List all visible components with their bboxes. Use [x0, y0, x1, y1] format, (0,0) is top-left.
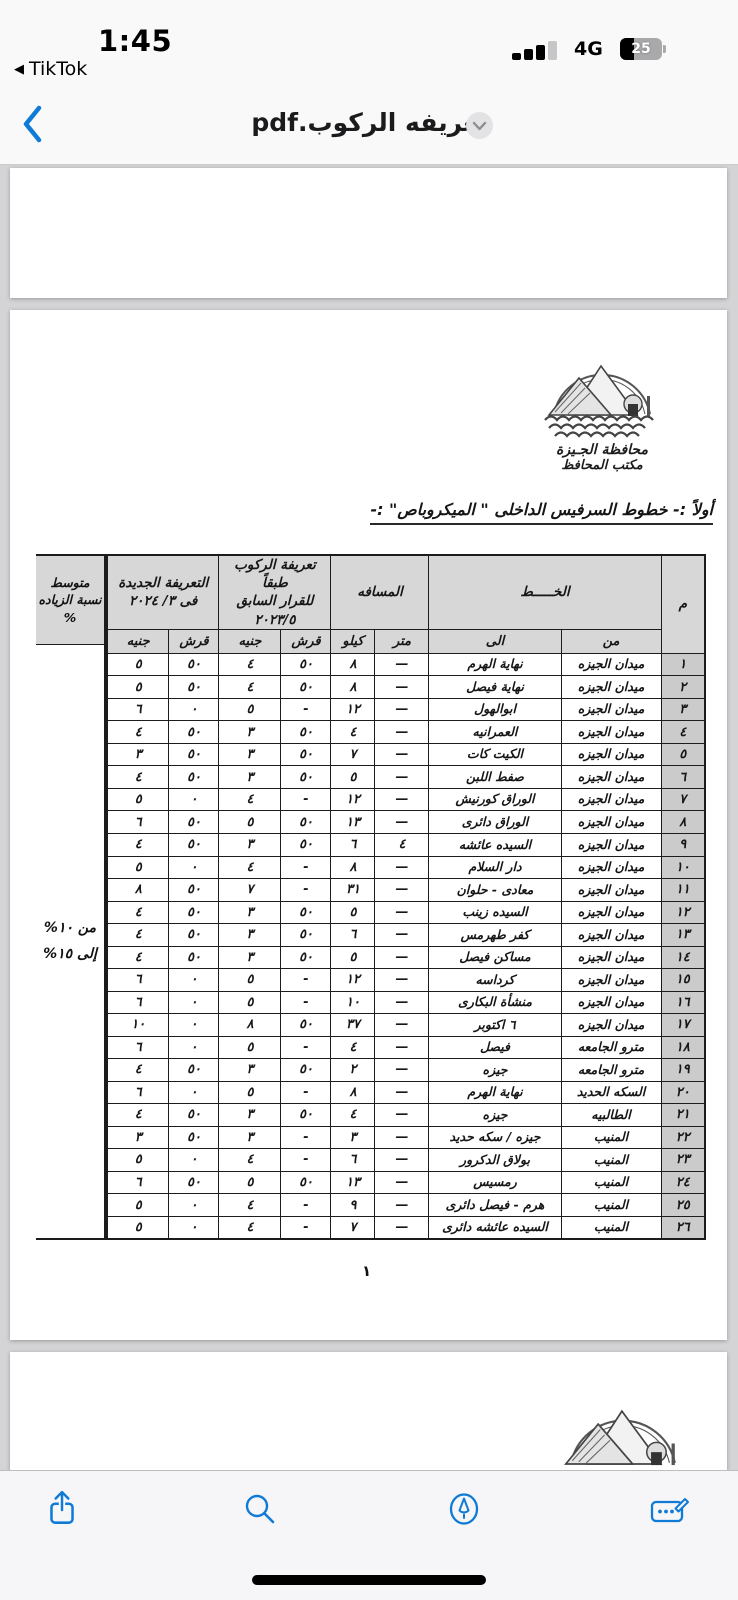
fare-table-row: ٤ ميدان الجيزه العمرانيه — ٤ ٥٠ ٣ ٥٠ ٤: [107, 721, 705, 744]
cell-to: نهاية الهرم: [429, 1081, 561, 1104]
header-num: م: [661, 555, 705, 653]
cell-new-geneh: ١٠: [107, 1014, 169, 1037]
cell-from: ميدان الجيزه: [561, 924, 661, 947]
cell-new-geneh: ٤: [107, 766, 169, 789]
cell-new-geneh: ٣: [107, 743, 169, 766]
cell-to: الكيت كات: [429, 743, 561, 766]
cell-kilo: ٣: [331, 1126, 375, 1149]
cell-meter: —: [375, 1059, 429, 1082]
cell-prev-qirsh: -: [281, 1126, 331, 1149]
cell-new-qirsh: ٠: [169, 1081, 219, 1104]
cell-prev-qirsh: -: [281, 1194, 331, 1217]
cell-row-number: ٢٢: [661, 1126, 705, 1149]
fare-table-row: ٨ ميدان الجيزه الوراق دائرى — ١٣ ٥٠ ٥ ٥٠…: [107, 811, 705, 834]
cell-to: صفط اللبن: [429, 766, 561, 789]
cell-prev-geneh: ٣: [219, 766, 281, 789]
cell-prev-qirsh: ٥٠: [281, 901, 331, 924]
screenshot-root: { "status_bar": { "time": "1:45", "back_…: [0, 0, 738, 1600]
fare-table: م الخـــــط المسافه تعريفة الركوب طبقاً …: [36, 554, 706, 1240]
fare-table-row: ١ ميدان الجيزه نهاية الهرم — ٨ ٥٠ ٤ ٥٠ ٥: [107, 653, 705, 676]
header-prev-geneh: جنيه: [219, 629, 281, 653]
cell-prev-geneh: ٣: [219, 901, 281, 924]
cell-prev-geneh: ٣: [219, 1059, 281, 1082]
cell-new-geneh: ٦: [107, 1036, 169, 1059]
cell-prev-geneh: ٣: [219, 1104, 281, 1127]
cell-from: ميدان الجيزه: [561, 698, 661, 721]
battery-nub: [663, 45, 666, 53]
logo-office-name: مكتب المحافظ: [561, 458, 642, 473]
cell-from: ميدان الجيزه: [561, 676, 661, 699]
battery-percent-label: 25: [620, 38, 662, 60]
page-number: ١: [362, 1262, 371, 1280]
cell-prev-qirsh: ٥٠: [281, 924, 331, 947]
fare-table-row: ١٢ ميدان الجيزه السيده زينب — ٥ ٥٠ ٣ ٥٠ …: [107, 901, 705, 924]
cell-from: ميدان الجيزه: [561, 1014, 661, 1037]
cell-prev-geneh: ٥: [219, 1081, 281, 1104]
cell-kilo: ٢: [331, 1059, 375, 1082]
cell-from: ميدان الجيزه: [561, 946, 661, 969]
cell-row-number: ١١: [661, 879, 705, 902]
cell-from: السكه الحديد: [561, 1081, 661, 1104]
search-icon: [241, 1490, 279, 1528]
cell-from: ميدان الجيزه: [561, 811, 661, 834]
cell-from: ميدان الجيزه: [561, 788, 661, 811]
cell-new-geneh: ٤: [107, 901, 169, 924]
cell-kilo: ٤: [331, 721, 375, 744]
cell-row-number: ١٣: [661, 924, 705, 947]
header-line: الخـــــط: [429, 555, 661, 629]
cell-new-geneh: ٦: [107, 698, 169, 721]
cell-from: ميدان الجيزه: [561, 834, 661, 857]
header-distance: المسافه: [331, 555, 429, 629]
cell-kilo: ٥: [331, 901, 375, 924]
cell-new-geneh: ٤: [107, 721, 169, 744]
cell-new-qirsh: ٥٠: [169, 834, 219, 857]
cell-row-number: ١٤: [661, 946, 705, 969]
fare-table-row: ٧ ميدان الجيزه الوراق كورنيش — ١٢ - ٤ ٠ …: [107, 788, 705, 811]
cell-new-qirsh: ٠: [169, 856, 219, 879]
cell-meter: —: [375, 924, 429, 947]
cell-prev-qirsh: -: [281, 991, 331, 1014]
increase-note: من ١٠% إلى ١٥%: [36, 645, 104, 1238]
cell-to: منشأة البكارى: [429, 991, 561, 1014]
logo-org-name: محافظة الجـيزة: [556, 442, 648, 458]
cell-prev-qirsh: -: [281, 1216, 331, 1239]
cell-new-geneh: ٥: [107, 676, 169, 699]
cell-kilo: ١٣: [331, 811, 375, 834]
back-to-app-icon: ◀: [14, 62, 24, 77]
cell-from: ميدان الجيزه: [561, 991, 661, 1014]
cell-meter: —: [375, 1216, 429, 1239]
cell-from: ميدان الجيزه: [561, 653, 661, 676]
cell-new-geneh: ٦: [107, 1171, 169, 1194]
cell-new-qirsh: ٥٠: [169, 676, 219, 699]
cell-prev-geneh: ٣: [219, 924, 281, 947]
cell-prev-geneh: ٥: [219, 698, 281, 721]
cell-new-geneh: ٦: [107, 811, 169, 834]
cell-new-geneh: ٥: [107, 1149, 169, 1172]
top-chrome: 1:45 ◀ TikTok 4G 25 تعريفه الركوب.pdf: [0, 0, 738, 165]
cell-prev-qirsh: -: [281, 1081, 331, 1104]
giza-governorate-logo: محافظة الجـيزة مكتب المحافظ: [539, 352, 665, 473]
fare-table-row: ١٩ مترو الجامعه جيزه — ٢ ٥٠ ٣ ٥٠ ٤: [107, 1059, 705, 1082]
cell-prev-qirsh: ٥٠: [281, 946, 331, 969]
back-to-app-button[interactable]: ◀ TikTok: [14, 58, 87, 80]
cell-to: رمسيس: [429, 1171, 561, 1194]
cell-to: العمرانيه: [429, 721, 561, 744]
header-new-qirsh: قرش: [169, 629, 219, 653]
cell-row-number: ٢٥: [661, 1194, 705, 1217]
cell-from: ميدان الجيزه: [561, 856, 661, 879]
cell-kilo: ٤: [331, 1036, 375, 1059]
cell-meter: —: [375, 879, 429, 902]
header-previous-fare: تعريفة الركوب طبقاً للقرار السابق ٢٠٢٣/٥: [219, 555, 331, 629]
cell-to: الوراق دائرى: [429, 811, 561, 834]
header-new-fare: التعريفة الجديدة فى ٣/ ٢٠٢٤: [107, 555, 219, 629]
cell-to: جيزه: [429, 1104, 561, 1127]
cell-from: ميدان الجيزه: [561, 879, 661, 902]
cell-kilo: ١٢: [331, 788, 375, 811]
cell-kilo: ٤: [331, 1104, 375, 1127]
cell-to: نهاية فيصل: [429, 676, 561, 699]
fare-table-grid: م الخـــــط المسافه تعريفة الركوب طبقاً …: [106, 554, 706, 1240]
cell-new-geneh: ٦: [107, 1081, 169, 1104]
cell-meter: —: [375, 1171, 429, 1194]
cell-meter: —: [375, 721, 429, 744]
cell-new-qirsh: ٠: [169, 698, 219, 721]
cell-from: المنيب: [561, 1194, 661, 1217]
cell-from: ميدان الجيزه: [561, 721, 661, 744]
header-prev-qirsh: قرش: [281, 629, 331, 653]
fare-table-row: ١٧ ميدان الجيزه ٦ اكتوبر — ٣٧ ٥٠ ٨ ٠ ١٠: [107, 1014, 705, 1037]
cell-kilo: ٦: [331, 924, 375, 947]
cell-new-geneh: ٤: [107, 924, 169, 947]
header-new-geneh: جنيه: [107, 629, 169, 653]
cell-to: كرداسه: [429, 969, 561, 992]
cell-to: السيده عائشه دائرى: [429, 1216, 561, 1239]
header-increase: متوسط نسبة الزياده %: [36, 556, 104, 645]
home-indicator[interactable]: [252, 1575, 486, 1585]
cell-meter: —: [375, 698, 429, 721]
cell-prev-qirsh: -: [281, 879, 331, 902]
cell-new-geneh: ٤: [107, 834, 169, 857]
cell-new-qirsh: ٥٠: [169, 811, 219, 834]
cell-meter: —: [375, 1149, 429, 1172]
fare-table-row: ٩ ميدان الجيزه السيده عائشه ٤ ٦ ٥٠ ٣ ٥٠ …: [107, 834, 705, 857]
cell-new-geneh: ٤: [107, 946, 169, 969]
cell-prev-qirsh: -: [281, 969, 331, 992]
cell-kilo: ٥: [331, 766, 375, 789]
cell-new-geneh: ٥: [107, 1194, 169, 1217]
cell-prev-geneh: ٤: [219, 676, 281, 699]
cell-from: المنيب: [561, 1216, 661, 1239]
cell-prev-qirsh: ٥٠: [281, 676, 331, 699]
cell-row-number: ٦: [661, 766, 705, 789]
status-time: 1:45: [98, 24, 172, 58]
cell-to: ٦ اكتوبر: [429, 1014, 561, 1037]
cell-row-number: ٢٣: [661, 1149, 705, 1172]
cell-kilo: ١٢: [331, 698, 375, 721]
cell-row-number: ٧: [661, 788, 705, 811]
header-from: من: [561, 629, 661, 653]
cell-row-number: ١٠: [661, 856, 705, 879]
cell-row-number: ٢٦: [661, 1216, 705, 1239]
cell-prev-qirsh: ٥٠: [281, 1059, 331, 1082]
cell-new-geneh: ٣: [107, 1126, 169, 1149]
cell-prev-geneh: ٤: [219, 856, 281, 879]
cell-new-qirsh: ٠: [169, 991, 219, 1014]
cell-to: دار السلام: [429, 856, 561, 879]
cell-meter: —: [375, 1194, 429, 1217]
cell-kilo: ١٢: [331, 969, 375, 992]
cell-prev-geneh: ٥: [219, 1036, 281, 1059]
cell-prev-geneh: ٣: [219, 946, 281, 969]
cell-from: الطالبيه: [561, 1104, 661, 1127]
cell-prev-qirsh: ٥٠: [281, 721, 331, 744]
autofill-sign-button[interactable]: [648, 1487, 692, 1531]
cell-row-number: ١٢: [661, 901, 705, 924]
cell-row-number: ٢: [661, 676, 705, 699]
cell-to: هرم - فيصل دائرى: [429, 1194, 561, 1217]
autofill-sign-icon: [649, 1491, 691, 1527]
cell-to: معادى - حلوان: [429, 879, 561, 902]
cell-meter: —: [375, 901, 429, 924]
cell-to: كفر طهرمس: [429, 924, 561, 947]
cell-from: ميدان الجيزه: [561, 743, 661, 766]
cell-row-number: ١٦: [661, 991, 705, 1014]
cell-meter: —: [375, 1104, 429, 1127]
cell-prev-qirsh: ٥٠: [281, 1104, 331, 1127]
cellular-signal-icon: [512, 40, 564, 60]
header-to: الى: [429, 629, 561, 653]
cell-new-qirsh: ٠: [169, 969, 219, 992]
cell-meter: —: [375, 653, 429, 676]
cell-prev-geneh: ٥: [219, 1171, 281, 1194]
header-kilo: كيلو: [331, 629, 375, 653]
cell-prev-geneh: ٤: [219, 653, 281, 676]
cell-kilo: ٣٧: [331, 1014, 375, 1037]
cell-new-qirsh: ٥٠: [169, 879, 219, 902]
cell-prev-geneh: ٥: [219, 991, 281, 1014]
fare-table-row: ١٨ مترو الجامعه فيصل — ٤ - ٥ ٠ ٦: [107, 1036, 705, 1059]
pdf-page-main[interactable]: محافظة الجـيزة مكتب المحافظ أولاً :- خطو…: [10, 310, 727, 1340]
cell-meter: —: [375, 969, 429, 992]
cell-meter: —: [375, 811, 429, 834]
cell-new-qirsh: ٥٠: [169, 1059, 219, 1082]
cell-meter: —: [375, 946, 429, 969]
cell-prev-qirsh: -: [281, 788, 331, 811]
cell-new-qirsh: ٥٠: [169, 653, 219, 676]
cell-from: مترو الجامعه: [561, 1036, 661, 1059]
cell-new-qirsh: ٥٠: [169, 901, 219, 924]
cell-row-number: ١٩: [661, 1059, 705, 1082]
cell-kilo: ١٣: [331, 1171, 375, 1194]
cell-prev-geneh: ٤: [219, 788, 281, 811]
cell-kilo: ٦: [331, 1149, 375, 1172]
cell-to: ابوالهول: [429, 698, 561, 721]
cell-to: الوراق كورنيش: [429, 788, 561, 811]
cell-kilo: ٨: [331, 653, 375, 676]
markup-pen-icon: [444, 1489, 484, 1529]
chevron-down-icon: [472, 121, 487, 131]
cell-prev-geneh: ٧: [219, 879, 281, 902]
cell-prev-geneh: ٣: [219, 834, 281, 857]
network-type-label: 4G: [574, 38, 603, 60]
fare-table-row: ٣ ميدان الجيزه ابوالهول — ١٢ - ٥ ٠ ٦: [107, 698, 705, 721]
cell-from: المنيب: [561, 1149, 661, 1172]
cell-kilo: ٩: [331, 1194, 375, 1217]
cell-meter: —: [375, 1081, 429, 1104]
back-to-app-label: TikTok: [29, 58, 87, 80]
cell-new-qirsh: ٥٠: [169, 924, 219, 947]
cell-new-geneh: ٦: [107, 969, 169, 992]
markup-button[interactable]: [442, 1487, 486, 1531]
cell-row-number: ٣: [661, 698, 705, 721]
cell-from: ميدان الجيزه: [561, 901, 661, 924]
header-meter: متر: [375, 629, 429, 653]
cell-kilo: ٥: [331, 946, 375, 969]
cell-prev-qirsh: -: [281, 1149, 331, 1172]
cell-to: السيده عائشه: [429, 834, 561, 857]
cell-from: ميدان الجيزه: [561, 969, 661, 992]
document-title: تعريفه الركوب.pdf: [0, 108, 738, 137]
cell-new-qirsh: ٠: [169, 1194, 219, 1217]
cell-prev-qirsh: ٥٠: [281, 834, 331, 857]
cell-new-geneh: ٥: [107, 1216, 169, 1239]
fare-table-row: ٢٥ المنيب هرم - فيصل دائرى — ٩ - ٤ ٠ ٥: [107, 1194, 705, 1217]
cell-prev-geneh: ٣: [219, 721, 281, 744]
cell-prev-qirsh: -: [281, 698, 331, 721]
cell-to: جيزه / سكه حديد: [429, 1126, 561, 1149]
cell-meter: —: [375, 1014, 429, 1037]
cell-row-number: ١: [661, 653, 705, 676]
cell-row-number: ٢٠: [661, 1081, 705, 1104]
cell-new-geneh: ٤: [107, 1104, 169, 1127]
cell-new-qirsh: ٠: [169, 788, 219, 811]
cell-new-geneh: ٥: [107, 788, 169, 811]
cell-prev-qirsh: ٥٠: [281, 1014, 331, 1037]
cell-to: فيصل: [429, 1036, 561, 1059]
fare-table-row: ٥ ميدان الجيزه الكيت كات — ٧ ٥٠ ٣ ٥٠ ٣: [107, 743, 705, 766]
cell-meter: —: [375, 991, 429, 1014]
cell-prev-geneh: ٤: [219, 1149, 281, 1172]
cell-new-qirsh: ٠: [169, 1036, 219, 1059]
cell-meter: —: [375, 856, 429, 879]
fare-table-row: ٢٤ المنيب رمسيس — ١٣ ٥٠ ٥ ٥٠ ٦: [107, 1171, 705, 1194]
cell-new-qirsh: ٥٠: [169, 743, 219, 766]
cell-prev-qirsh: ٥٠: [281, 653, 331, 676]
fare-table-row: ٦ ميدان الجيزه صفط اللبن — ٥ ٥٠ ٣ ٥٠ ٤: [107, 766, 705, 789]
document-heading: أولاً :- خطوط السرفيس الداخلى " الميكروب…: [370, 500, 713, 525]
cell-kilo: ٨: [331, 676, 375, 699]
cell-new-qirsh: ٥٠: [169, 1126, 219, 1149]
fare-table-row: ١١ ميدان الجيزه معادى - حلوان — ٣١ - ٧ ٥…: [107, 879, 705, 902]
cell-row-number: ٩: [661, 834, 705, 857]
search-button[interactable]: [238, 1487, 282, 1531]
cell-new-geneh: ٥: [107, 653, 169, 676]
cell-kilo: ٨: [331, 856, 375, 879]
cell-kilo: ٣١: [331, 879, 375, 902]
cell-prev-geneh: ٤: [219, 1216, 281, 1239]
cell-new-qirsh: ٥٠: [169, 1104, 219, 1127]
cell-prev-qirsh: -: [281, 1036, 331, 1059]
cell-from: ميدان الجيزه: [561, 766, 661, 789]
title-menu-button[interactable]: [466, 112, 493, 139]
fare-table-row: ٢٢ المنيب جيزه / سكه حديد — ٣ - ٣ ٥٠ ٣: [107, 1126, 705, 1149]
pdf-page-previous[interactable]: [10, 168, 727, 298]
cell-new-geneh: ٨: [107, 879, 169, 902]
cell-from: مترو الجامعه: [561, 1059, 661, 1082]
fare-table-row: ٢ ميدان الجيزه نهاية فيصل — ٨ ٥٠ ٤ ٥٠ ٥: [107, 676, 705, 699]
cell-prev-qirsh: ٥٠: [281, 811, 331, 834]
cell-to: نهاية الهرم: [429, 653, 561, 676]
cell-prev-qirsh: ٥٠: [281, 766, 331, 789]
battery-icon: 25: [620, 38, 662, 60]
increase-column: متوسط نسبة الزياده % من ١٠% إلى ١٥%: [36, 554, 106, 1240]
cell-row-number: ١٨: [661, 1036, 705, 1059]
cell-meter: —: [375, 1036, 429, 1059]
cell-new-qirsh: ٥٠: [169, 1171, 219, 1194]
fare-table-row: ١٠ ميدان الجيزه دار السلام — ٨ - ٤ ٠ ٥: [107, 856, 705, 879]
share-icon: [44, 1489, 80, 1529]
cell-prev-qirsh: ٥٠: [281, 1171, 331, 1194]
cell-meter: —: [375, 743, 429, 766]
cell-prev-qirsh: ٥٠: [281, 743, 331, 766]
cell-kilo: ٨: [331, 1081, 375, 1104]
cell-to: مساكن فيصل: [429, 946, 561, 969]
cell-kilo: ٦: [331, 834, 375, 857]
fare-table-row: ٢٦ المنيب السيده عائشه دائرى — ٧ - ٤ ٠ ٥: [107, 1216, 705, 1239]
cell-kilo: ١٠: [331, 991, 375, 1014]
fare-table-row: ١٣ ميدان الجيزه كفر طهرمس — ٦ ٥٠ ٣ ٥٠ ٤: [107, 924, 705, 947]
cell-meter: —: [375, 1126, 429, 1149]
cell-row-number: ١٧: [661, 1014, 705, 1037]
cell-row-number: ٨: [661, 811, 705, 834]
cell-meter: —: [375, 676, 429, 699]
cell-new-geneh: ٤: [107, 1059, 169, 1082]
cell-row-number: ٢١: [661, 1104, 705, 1127]
cell-from: المنيب: [561, 1171, 661, 1194]
share-button[interactable]: [40, 1487, 84, 1531]
fare-table-row: ١٥ ميدان الجيزه كرداسه — ١٢ - ٥ ٠ ٦: [107, 969, 705, 992]
fare-table-row: ٢١ الطالبيه جيزه — ٤ ٥٠ ٣ ٥٠ ٤: [107, 1104, 705, 1127]
cell-meter: ٤: [375, 834, 429, 857]
cell-to: جيزه: [429, 1059, 561, 1082]
cell-new-qirsh: ٥٠: [169, 721, 219, 744]
cell-from: المنيب: [561, 1126, 661, 1149]
cell-new-qirsh: ٠: [169, 1216, 219, 1239]
cell-to: بولاق الدكرور: [429, 1149, 561, 1172]
cell-meter: —: [375, 788, 429, 811]
cell-to: السيده زينب: [429, 901, 561, 924]
cell-new-qirsh: ٥٠: [169, 766, 219, 789]
cell-kilo: ٧: [331, 743, 375, 766]
cell-prev-qirsh: -: [281, 856, 331, 879]
cell-prev-geneh: ٣: [219, 743, 281, 766]
fare-table-row: ١٤ ميدان الجيزه مساكن فيصل — ٥ ٥٠ ٣ ٥٠ ٤: [107, 946, 705, 969]
cell-new-qirsh: ٥٠: [169, 946, 219, 969]
cell-row-number: ٢٤: [661, 1171, 705, 1194]
fare-table-row: ٢٠ السكه الحديد نهاية الهرم — ٨ - ٥ ٠ ٦: [107, 1081, 705, 1104]
cell-new-geneh: ٥: [107, 856, 169, 879]
cell-new-geneh: ٦: [107, 991, 169, 1014]
pyramids-emblem-icon: [541, 352, 663, 440]
fare-table-row: ١٦ ميدان الجيزه منشأة البكارى — ١٠ - ٥ ٠…: [107, 991, 705, 1014]
cell-row-number: ٥: [661, 743, 705, 766]
cell-meter: —: [375, 766, 429, 789]
cell-row-number: ٤: [661, 721, 705, 744]
cell-row-number: ١٥: [661, 969, 705, 992]
